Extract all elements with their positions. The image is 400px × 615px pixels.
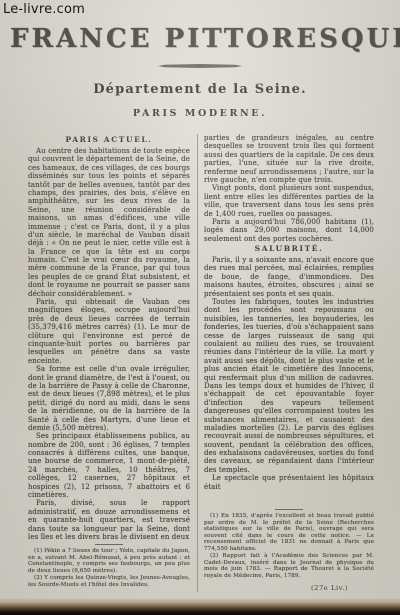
column-divider-rule	[197, 134, 198, 592]
body-paragraph: Ses principaux établissemens publics, au…	[28, 432, 190, 499]
department-heading: Département de la Seine.	[0, 82, 400, 97]
masthead-title: FRANCE PITTORESQUE.	[10, 24, 390, 54]
left-column: PARIS ACTUEL. Au centre des habitations …	[28, 134, 190, 592]
title-divider	[0, 63, 400, 69]
body-paragraph: Sa forme est celle d'un ovale irrégulier…	[28, 365, 190, 432]
livraison-mark: (27e Liv.)	[204, 584, 374, 592]
body-paragraph: parties de grandeurs inégales, au centre…	[204, 134, 374, 184]
body-paragraph: Paris, divisé, sous le rapport administr…	[28, 499, 190, 541]
footnote-rule	[275, 509, 303, 510]
footnote: (1) En 1835, d'après l'excellent et beau…	[204, 513, 374, 552]
scanned-page: Le-livre.com FRANCE PITTORESQUE. Départe…	[0, 0, 400, 615]
footnote: (2) Rapport fait à l'Académie des Scienc…	[204, 553, 374, 579]
body-paragraph: Vingt ponts, dont plusieurs sont suspend…	[204, 184, 374, 218]
body-paragraph: Paris a aujourd'hui 786,000 habitans (1)…	[204, 218, 374, 243]
footnote: (2) Y compris les Quinze-Vingts, les Jeu…	[28, 575, 190, 588]
body-paragraph: Au centre des habitations de toute espèc…	[28, 147, 190, 298]
column-heading-paris-actuel: PARIS ACTUEL.	[28, 135, 190, 144]
body-paragraph: Toutes les fabriques, toutes les industr…	[204, 298, 374, 474]
body-paragraph: Paris, il y a soixante ans, n'avait enco…	[204, 256, 374, 298]
swelled-rule	[158, 64, 242, 68]
section-heading: PARIS MODERNE.	[0, 108, 400, 119]
right-footnotes: (1) En 1835, d'après l'excellent et beau…	[204, 506, 374, 592]
footnote: (1) Pékin a 7 lieues de tour ; Yédo, cap…	[28, 548, 190, 574]
body-paragraph: Le spectacle que présentaient les hôpita…	[204, 474, 374, 491]
watermark: Le-livre.com	[3, 2, 85, 17]
column-heading-salubrite: SALUBRITÉ.	[204, 244, 374, 253]
book-edge-shadow	[0, 601, 400, 615]
text-columns: PARIS ACTUEL. Au centre des habitations …	[28, 134, 374, 592]
right-column: parties de grandeurs inégales, au centre…	[204, 134, 374, 592]
left-footnotes: (1) Pékin a 7 lieues de tour ; Yédo, cap…	[28, 541, 190, 592]
body-paragraph: Paris, qui obtenait de Vauban ces magnif…	[28, 298, 190, 365]
footnote-rule	[95, 544, 123, 545]
